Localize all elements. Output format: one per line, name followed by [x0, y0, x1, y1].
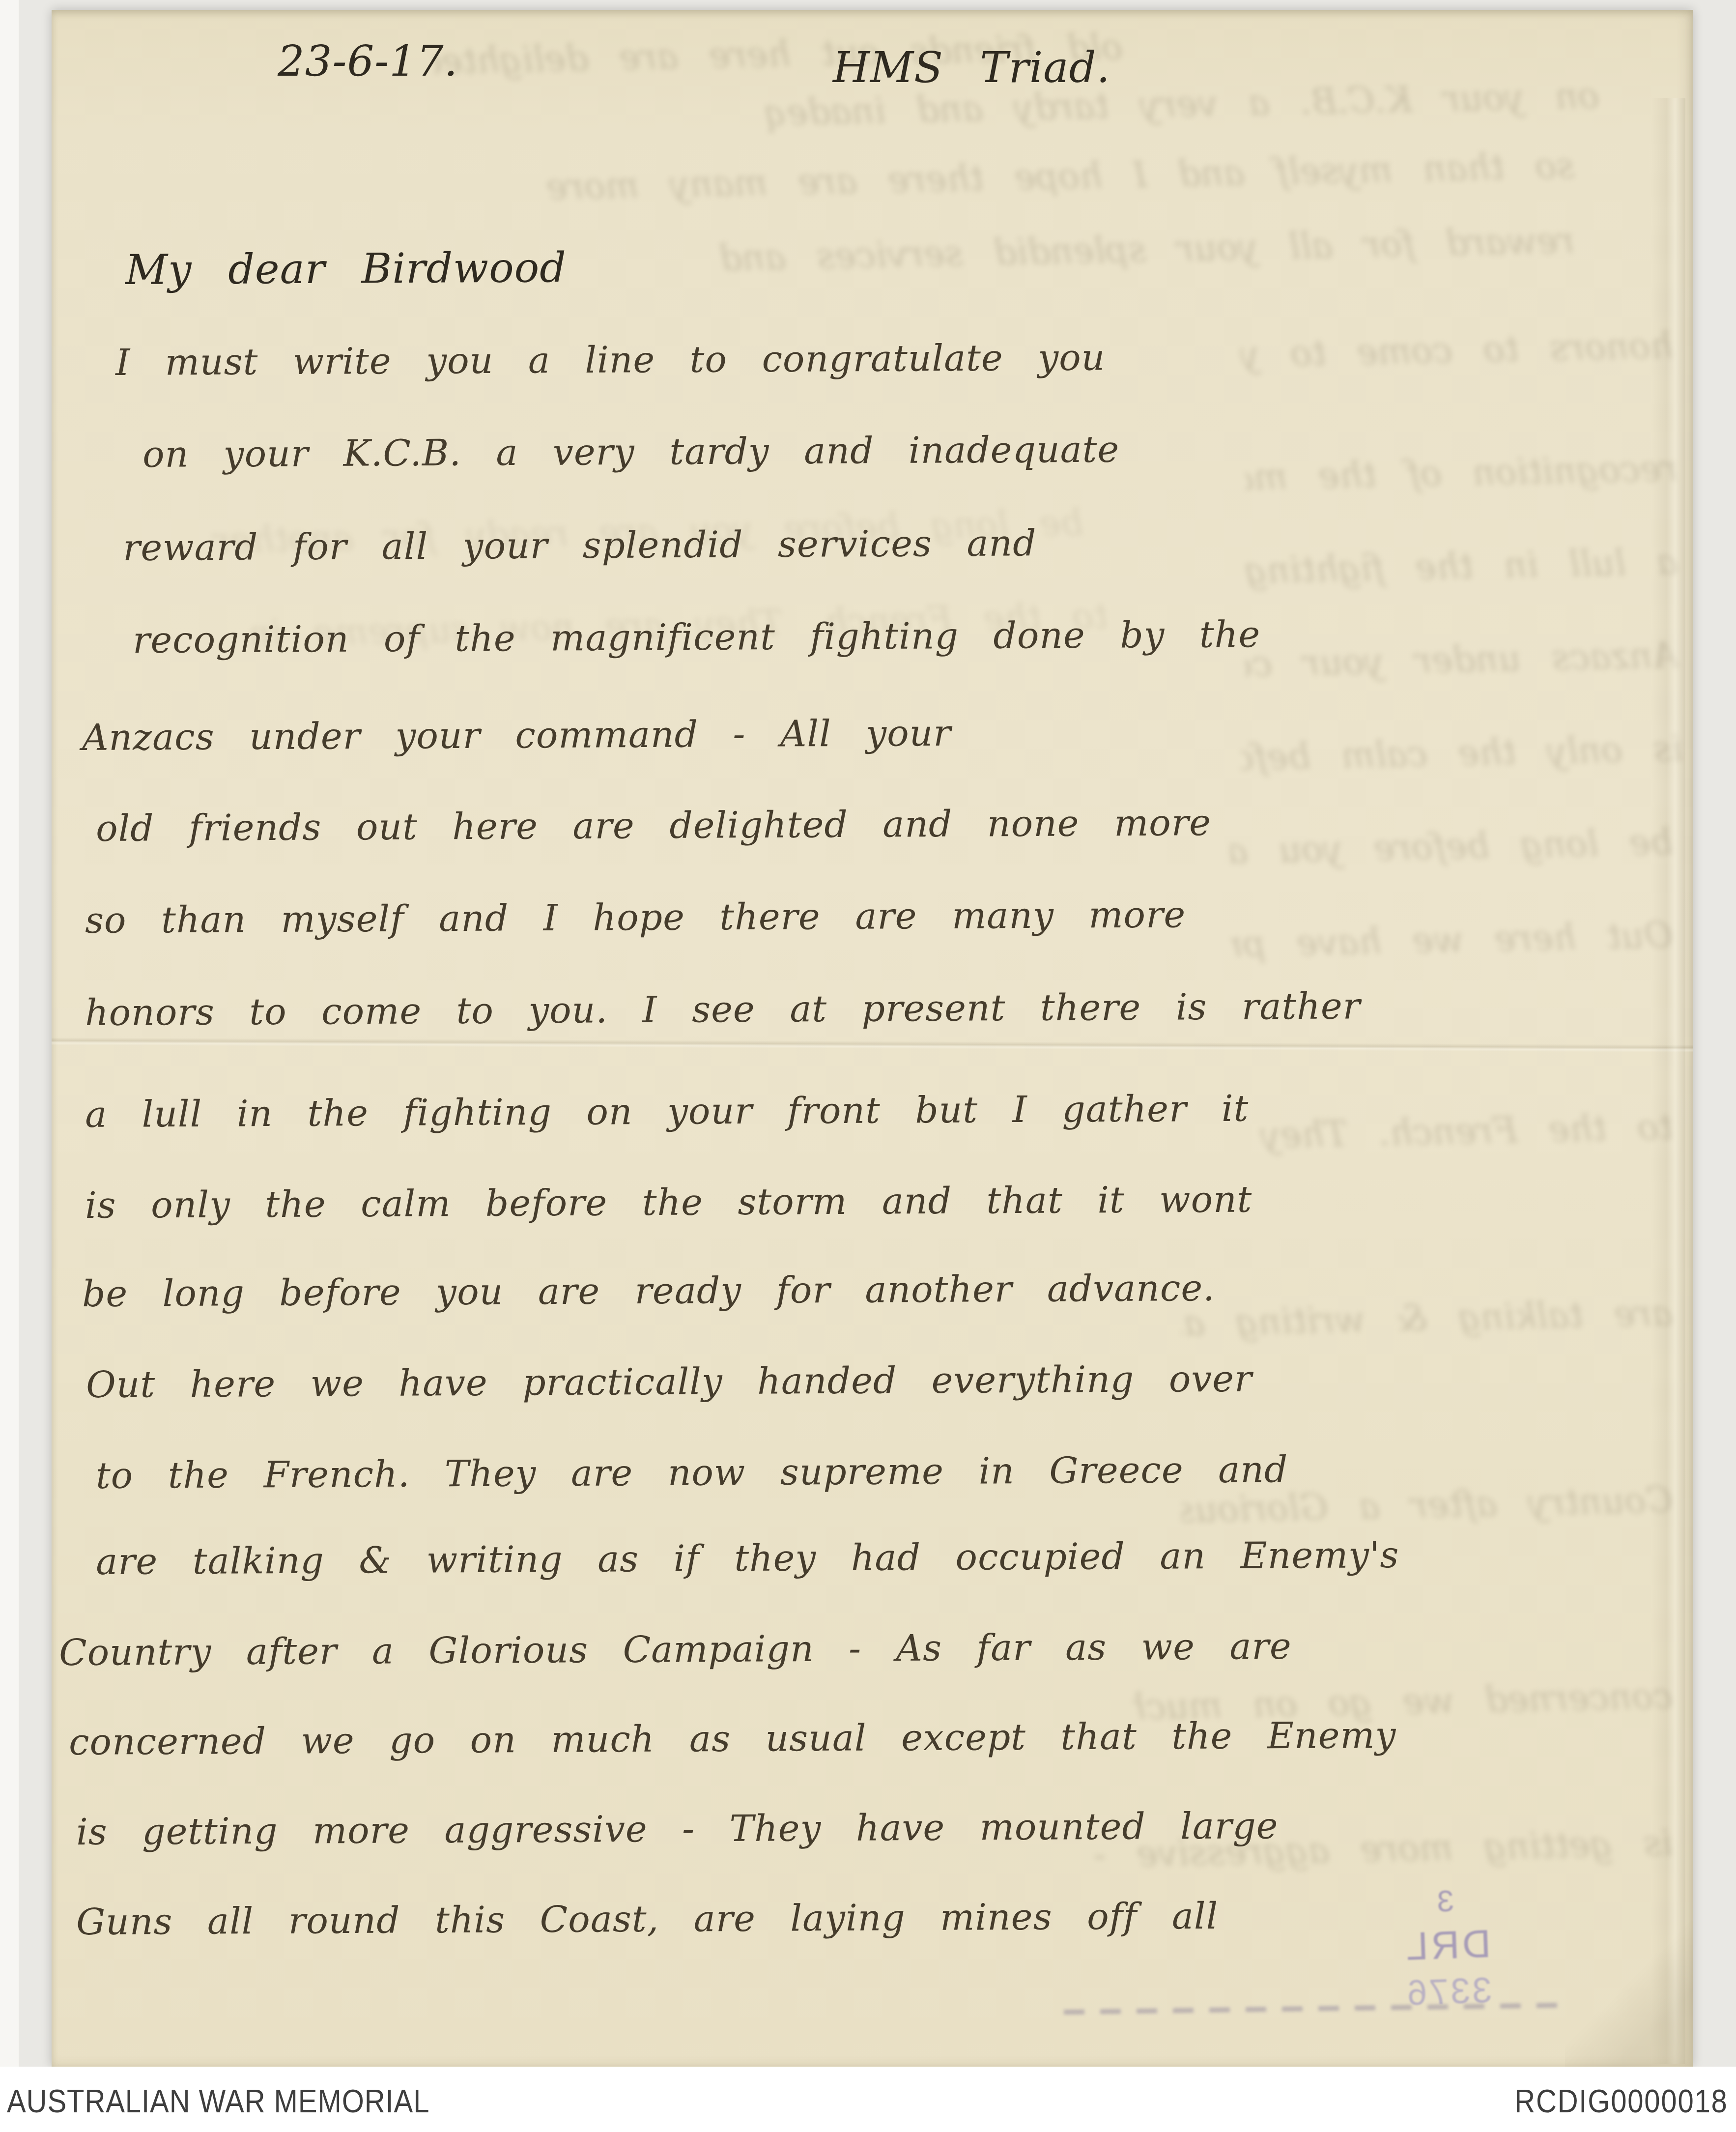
letter-line: I must write you a line to congratulate …: [115, 336, 1106, 384]
letter-line: so than myself and I hope there are many…: [85, 893, 1186, 942]
show-through-ghost-text: Anzacs under your command - All your: [1245, 634, 1679, 702]
letter-page: old friends out here are delighted and n…: [52, 10, 1693, 2067]
show-through-ghost-text: to the French. They are now supreme in G…: [1230, 1106, 1674, 1175]
show-through-ghost-text: reward for all your splendid services an…: [493, 220, 1575, 301]
letter-line: a lull in the fighting on your front but…: [85, 1088, 1249, 1136]
letter-line: be long before you are ready for another…: [82, 1267, 1215, 1315]
footer-catalog-id: RCDIG0000018: [1515, 2067, 1728, 2132]
show-through-ghost-text: is only the calm before the storm and th…: [1240, 728, 1683, 796]
bottom-right-corner-fold: [1565, 1919, 1693, 2067]
vertical-edge-crease: [1651, 98, 1685, 2064]
letter-line: on your K.C.B. a very tardy and inadequa…: [142, 429, 1120, 476]
stamp-line: DRL: [1343, 1917, 1551, 1973]
letter-line: to the French. They are now supreme in G…: [96, 1448, 1288, 1497]
archival-stamp: 3 DRL 3376: [1341, 1879, 1552, 2017]
letter-line: Out here we have practically handed ever…: [86, 1358, 1252, 1406]
stamp-line: 3: [1341, 1879, 1549, 1924]
letter-line: Guns all round this Coast, are laying mi…: [76, 1895, 1219, 1943]
footer-institution-label: AUSTRALIAN WAR MEMORIAL: [7, 2067, 429, 2132]
letter-line: recognition of the magnificent fighting …: [133, 613, 1261, 662]
letter-line: old friends out here are delighted and n…: [96, 802, 1211, 850]
scanned-letter-view: { "letter": { "date": "23-6-17.", "place…: [0, 0, 1736, 2132]
show-through-ghost-text: recognition of the magnificent fighting …: [1245, 448, 1679, 516]
letter-line: is only the calm before the storm and th…: [85, 1179, 1252, 1227]
show-through-ghost-text: honors to come to you. I see at present …: [1240, 325, 1674, 393]
letter-line: reward for all your splendid services an…: [123, 522, 1037, 569]
letter-line: honors to come to you. I see at present …: [85, 985, 1361, 1034]
show-through-ghost-text: are talking & writing as if they had occ…: [1181, 1293, 1674, 1362]
letter-line: concerned we go on much as usual except …: [69, 1714, 1396, 1763]
show-through-ghost-text: so than myself and I hope there are many…: [395, 145, 1575, 229]
letter-date: 23-6-17.: [278, 37, 458, 86]
footer-bar: AUSTRALIAN WAR MEMORIAL RCDIG0000018: [0, 2067, 1736, 2132]
show-through-ghost-text: a lull in the fighting on your front but…: [1245, 541, 1679, 609]
show-through-ghost-text: Out here we have practically handed ever…: [1230, 915, 1674, 983]
horizontal-fold-crease: [52, 1037, 1693, 1053]
letter-line: Anzacs under your command - All your: [82, 712, 951, 759]
show-through-ghost-text: be long before you are ready for another…: [1230, 821, 1674, 890]
letter-salutation: My dear Birdwood: [125, 243, 567, 294]
letter-line: Country after a Glorious Campaign - As f…: [59, 1625, 1292, 1674]
letter-place: HMS Triad.: [833, 43, 1110, 92]
scan-edge-strip: [0, 0, 19, 2067]
letter-line: is getting more aggressive - They have m…: [76, 1805, 1279, 1853]
letter-line: are talking & writing as if they had occ…: [96, 1534, 1399, 1583]
stamp-ink-smudge: [1064, 2003, 1565, 2015]
